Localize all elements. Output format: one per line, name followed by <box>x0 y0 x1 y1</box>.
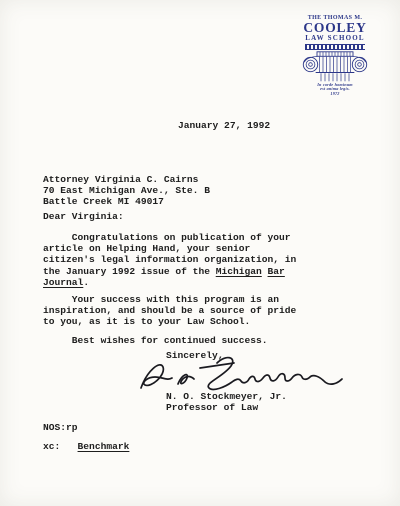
paragraph-2: Your success with this program is an ins… <box>43 294 296 328</box>
body-text: . <box>83 277 89 288</box>
salutation: Dear Virginia: <box>43 211 124 222</box>
recipient-name: Attorney Virginia C. Cairns <box>43 174 210 185</box>
logo-name-sub: LAW SCHOOL <box>299 34 371 43</box>
body-text: the January 1992 issue of the <box>43 266 216 277</box>
logo-name-main: COOLEY <box>299 22 371 34</box>
paragraph-3: Best wishes for continued success. <box>43 335 268 346</box>
recipient-street: 70 East Michigan Ave., Ste. B <box>43 185 210 196</box>
journal-title-part: Bar <box>268 266 285 277</box>
body-line: Your success with this program is an <box>43 294 296 305</box>
cc-label: xc: <box>43 441 78 452</box>
signer-block: N. O. Stockmeyer, Jr. Professor of Law <box>166 391 287 413</box>
letter-date: January 27, 1992 <box>178 120 270 131</box>
motto-year: 1972 <box>299 92 371 97</box>
recipient-address: Attorney Virginia C. Cairns 70 East Mich… <box>43 174 210 208</box>
signer-name: N. O. Stockmeyer, Jr. <box>166 391 287 402</box>
logo-motto: In corde hominum est anima legis. 1972 <box>299 83 371 97</box>
letter-page: THE THOMAS M. COOLEY LAW SCHOOL In corde <box>0 0 400 506</box>
copy-line: xc: Benchmark <box>43 441 129 452</box>
body-line: citizen's legal information organization… <box>43 254 296 265</box>
body-line: the January 1992 issue of the Michigan B… <box>43 266 296 277</box>
paragraph-1: Congratulations on publication of your a… <box>43 232 296 288</box>
cc-recipient: Benchmark <box>78 441 130 452</box>
journal-title-part: Journal <box>43 277 83 288</box>
body-line: Congratulations on publication of your <box>43 232 296 243</box>
reference-initials: NOS:rp <box>43 422 78 433</box>
body-line: to you, as it is to your Law School. <box>43 316 296 327</box>
dentil-border <box>305 44 365 50</box>
body-line: article on Helping Hand, your senior <box>43 243 296 254</box>
recipient-city: Battle Creek MI 49017 <box>43 196 210 207</box>
ionic-column-icon <box>302 51 368 82</box>
signer-title: Professor of Law <box>166 402 287 413</box>
journal-title-part: Michigan <box>216 266 262 277</box>
law-school-logo: THE THOMAS M. COOLEY LAW SCHOOL In corde <box>299 15 371 96</box>
body-line: Journal. <box>43 277 296 288</box>
body-line: inspiration, and should be a source of p… <box>43 305 296 316</box>
